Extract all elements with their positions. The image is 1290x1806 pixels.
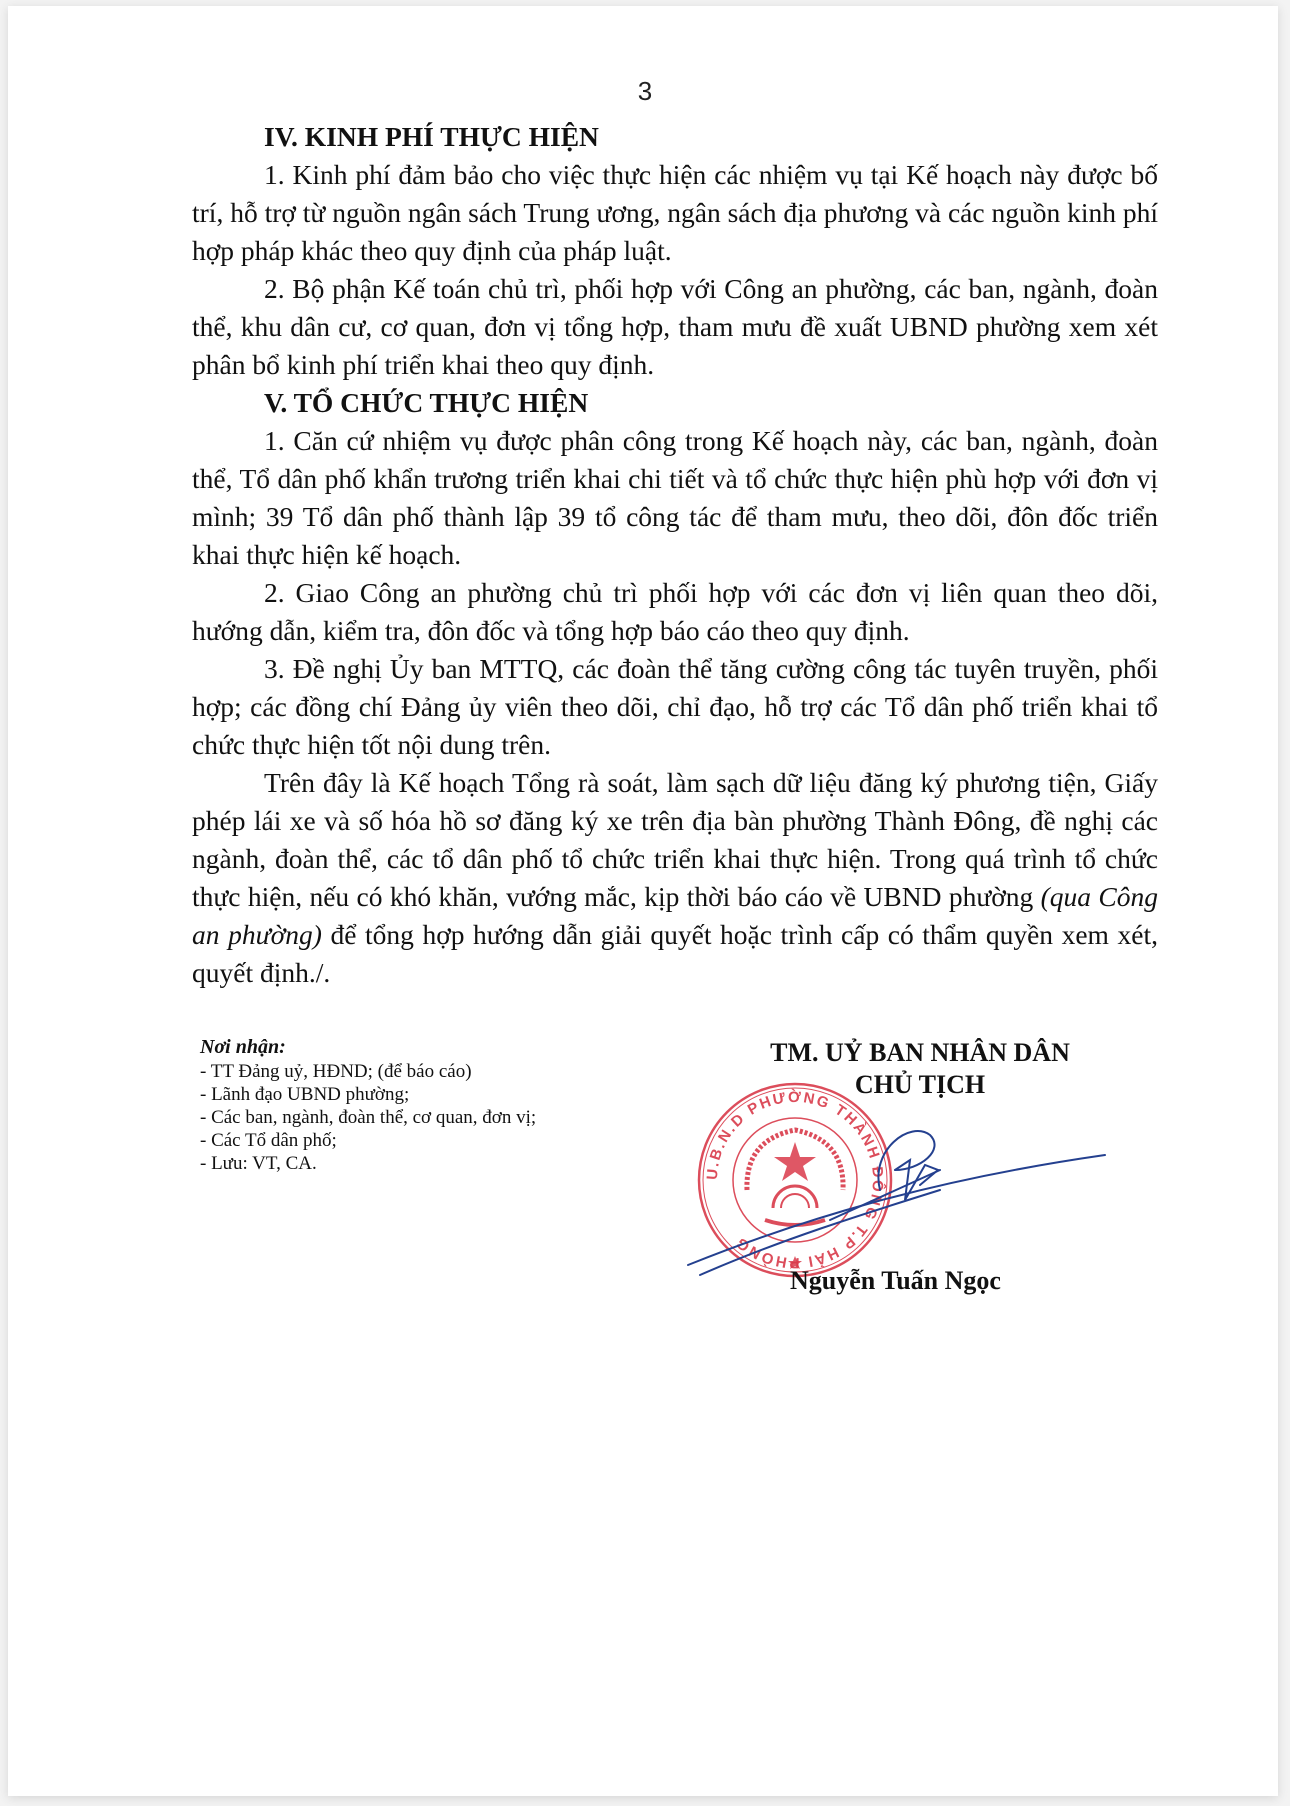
paragraph: 3. Đề nghị Ủy ban MTTQ, các đoàn thể tăn… <box>192 650 1158 764</box>
recipient-item: - Các Tổ dân phố; <box>200 1129 640 1152</box>
closing-text-end: để tổng hợp hướng dẫn giải quyết hoặc tr… <box>192 919 1158 988</box>
paragraph: 2. Giao Công an phường chủ trì phối hợp … <box>192 574 1158 650</box>
section-heading-organization: V. TỔ CHỨC THỰC HIỆN <box>192 384 1158 422</box>
signing-organization: TM. UỶ BAN NHÂN DÂN <box>700 1036 1140 1070</box>
closing-paragraph: Trên đây là Kế hoạch Tổng rà soát, làm s… <box>192 764 1158 992</box>
closing-text: Trên đây là Kế hoạch Tổng rà soát, làm s… <box>192 767 1158 912</box>
recipient-item: - Lưu: VT, CA. <box>200 1152 640 1175</box>
recipients-block: Nơi nhận: - TT Đảng uỷ, HĐND; (để báo cá… <box>200 1036 640 1175</box>
signer-name: Nguyễn Tuấn Ngọc <box>790 1266 1001 1296</box>
paragraph: 1. Kinh phí đảm bảo cho việc thực hiện c… <box>192 156 1158 270</box>
paragraph: 1. Căn cứ nhiệm vụ được phân công trong … <box>192 422 1158 574</box>
handwritten-signature-icon <box>680 1110 1110 1290</box>
recipients-title: Nơi nhận: <box>200 1036 640 1059</box>
recipient-item: - TT Đảng uỷ, HĐND; (để báo cáo) <box>200 1060 640 1083</box>
section-heading-funding: IV. KINH PHÍ THỰC HIỆN <box>192 118 1158 156</box>
recipient-item: - Các ban, ngành, đoàn thể, cơ quan, đơn… <box>200 1106 640 1129</box>
page-number: 3 <box>0 76 1290 107</box>
document-body: IV. KINH PHÍ THỰC HIỆN 1. Kinh phí đảm b… <box>192 118 1158 992</box>
recipient-item: - Lãnh đạo UBND phường; <box>200 1083 640 1106</box>
paragraph: 2. Bộ phận Kế toán chủ trì, phối hợp với… <box>192 270 1158 384</box>
